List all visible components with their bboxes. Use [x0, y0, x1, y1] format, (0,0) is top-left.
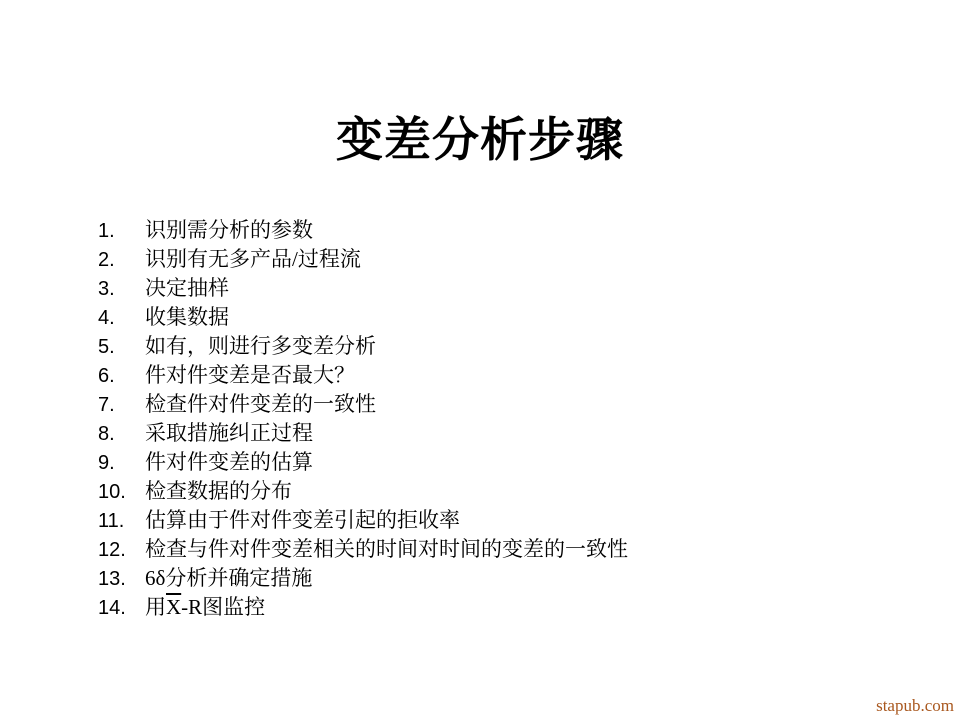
list-item: 6. 件对件变差是否最大？ [98, 361, 940, 390]
list-item-number: 14. [98, 594, 145, 623]
list-item-number: 12. [98, 536, 145, 565]
list-item-text: 件对件变差的估算 [145, 448, 313, 477]
list-item: 13. 6δ分析并确定措施 [98, 564, 940, 593]
list-item-number: 5. [98, 333, 145, 362]
list-item-text: 件对件变差是否最大？ [145, 361, 355, 390]
xbar-prefix-text: 用 [145, 595, 166, 619]
list-item-text: 如有，则进行多变差分析 [145, 332, 376, 361]
list-item-text: 估算由于件对件变差引起的拒收率 [145, 506, 460, 535]
xbar-suffix-text: -R图监控 [181, 595, 265, 619]
list-item: 10. 检查数据的分布 [98, 477, 940, 506]
list-item-number: 1. [98, 217, 145, 246]
list-item-number: 2. [98, 246, 145, 275]
list-item-text: 识别需分析的参数 [145, 216, 313, 245]
list-item-number: 11. [98, 507, 145, 536]
list-item-text: 检查数据的分布 [145, 477, 292, 506]
list-item-text: 决定抽样 [145, 274, 229, 303]
list-item: 7. 检查件对件变差的一致性 [98, 390, 940, 419]
list-item-text: 用X-R图监控 [145, 593, 265, 622]
list-item: 14. 用X-R图监控 [98, 593, 940, 622]
watermark: stapub.com [876, 696, 954, 716]
list-item-number: 9. [98, 449, 145, 478]
list-item-text: 收集数据 [145, 303, 229, 332]
list-item: 3. 决定抽样 [98, 274, 940, 303]
list-item-number: 7. [98, 391, 145, 420]
list-item-number: 13. [98, 565, 145, 594]
list-item-text: 6δ分析并确定措施 [145, 564, 312, 593]
list-item-number: 6. [98, 362, 145, 391]
list-item-number: 8. [98, 420, 145, 449]
list-item-text: 采取措施纠正过程 [145, 419, 313, 448]
xbar-symbol: X [166, 595, 181, 619]
list-item: 4. 收集数据 [98, 303, 940, 332]
list-item-text: 识别有无多产品/过程流 [145, 245, 361, 274]
list-item-number: 4. [98, 304, 145, 333]
list-item-number: 10. [98, 478, 145, 507]
list-item-number: 3. [98, 275, 145, 304]
steps-list: 1. 识别需分析的参数 2. 识别有无多产品/过程流 3. 决定抽样 4. 收集… [98, 216, 940, 622]
list-item: 1. 识别需分析的参数 [98, 216, 940, 245]
slide-title: 变差分析步骤 [0, 103, 960, 170]
list-item: 5. 如有，则进行多变差分析 [98, 332, 940, 361]
list-item: 2. 识别有无多产品/过程流 [98, 245, 940, 274]
list-item-text: 检查件对件变差的一致性 [145, 390, 376, 419]
list-item: 11. 估算由于件对件变差引起的拒收率 [98, 506, 940, 535]
list-item: 12. 检查与件对件变差相关的时间对时间的变差的一致性 [98, 535, 940, 564]
slide: 变差分析步骤 1. 识别需分析的参数 2. 识别有无多产品/过程流 3. 决定抽… [0, 0, 960, 720]
list-item: 8. 采取措施纠正过程 [98, 419, 940, 448]
list-item: 9. 件对件变差的估算 [98, 448, 940, 477]
list-item-text: 检查与件对件变差相关的时间对时间的变差的一致性 [145, 535, 628, 564]
